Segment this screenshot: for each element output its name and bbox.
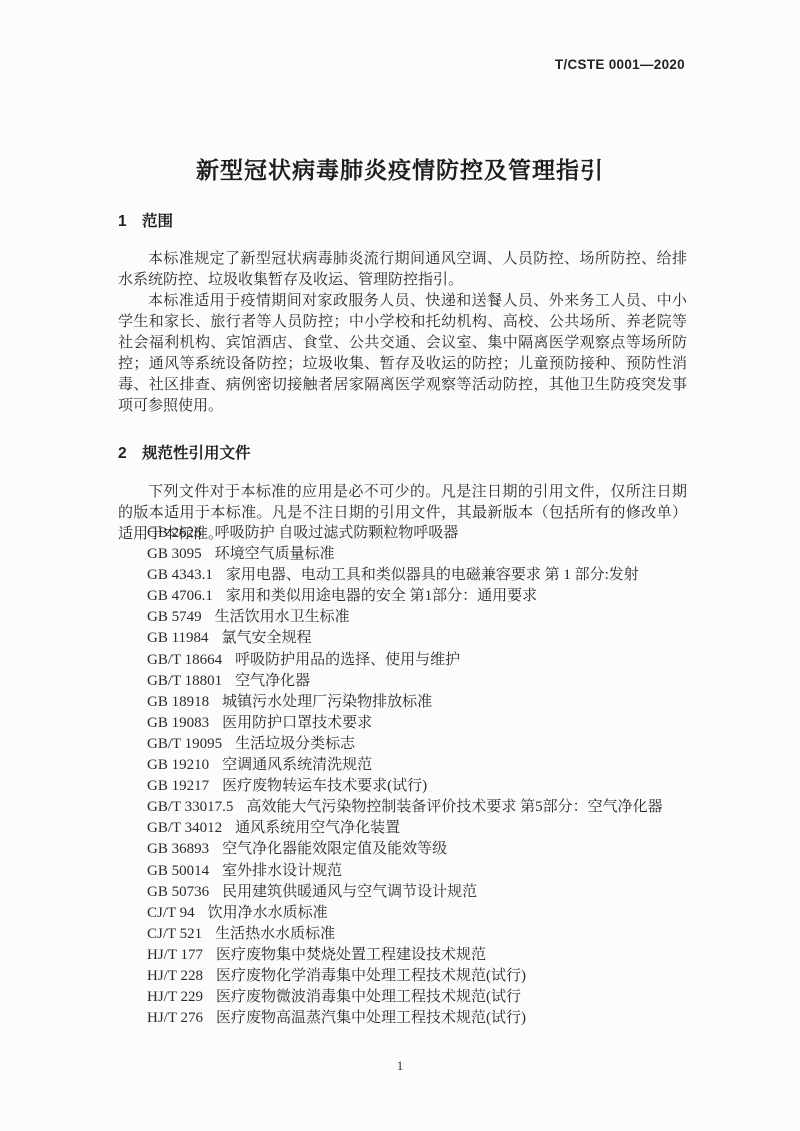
reference-code: HJ/T 228 bbox=[147, 966, 203, 987]
reference-code: GB 4706.1 bbox=[147, 586, 213, 607]
reference-item: GB 36893空气净化器能效限定值及能效等级 bbox=[147, 839, 692, 860]
reference-code: GB 2626 bbox=[147, 523, 202, 544]
reference-item: GB 50014室外排水设计规范 bbox=[147, 861, 692, 882]
reference-item: GB/T 18664呼吸防护用品的选择、使用与维护 bbox=[147, 650, 692, 671]
reference-code: GB 3095 bbox=[147, 544, 202, 565]
reference-title: 呼吸防护用品的选择、使用与维护 bbox=[235, 652, 460, 668]
reference-code: GB 5749 bbox=[147, 607, 202, 628]
scope-paragraph-2: 本标准适用于疫情期间对家政服务人员、快递和送餐人员、外来务工人员、中小学生和家长… bbox=[118, 291, 687, 417]
document-page: T/CSTE 0001—2020 新型冠状病毒肺炎疫情防控及管理指引 1范围 本… bbox=[0, 0, 800, 1131]
reference-title: 空气净化器 bbox=[235, 673, 310, 689]
reference-item: GB/T 33017.5高效能大气污染物控制装备评价技术要求 第5部分：空气净化… bbox=[147, 797, 692, 818]
reference-code: HJ/T 229 bbox=[147, 987, 203, 1008]
reference-code: GB 36893 bbox=[147, 839, 209, 860]
page-number: 1 bbox=[0, 1058, 800, 1074]
reference-code: GB 4343.1 bbox=[147, 565, 213, 586]
reference-item: GB 19083医用防护口罩技术要求 bbox=[147, 713, 692, 734]
reference-code: GB 50014 bbox=[147, 861, 209, 882]
reference-code: CJ/T 521 bbox=[147, 924, 202, 945]
reference-title: 生活饮用水卫生标准 bbox=[215, 609, 350, 625]
reference-item: GB 19210空调通风系统清洗规范 bbox=[147, 755, 692, 776]
reference-title: 医疗废物高温蒸汽集中处理工程技术规范(试行) bbox=[216, 1010, 526, 1026]
reference-item: HJ/T 229医疗废物微波消毒集中处理工程技术规范(试行 bbox=[147, 987, 692, 1008]
section-1-title: 范围 bbox=[142, 213, 173, 230]
reference-item: GB 11984氯气安全规程 bbox=[147, 628, 692, 649]
reference-title: 医疗废物微波消毒集中处理工程技术规范(试行 bbox=[216, 989, 521, 1005]
reference-title: 饮用净水水质标准 bbox=[208, 905, 328, 921]
reference-code: GB 19217 bbox=[147, 776, 209, 797]
standard-code-header: T/CSTE 0001—2020 bbox=[118, 57, 685, 72]
reference-item: HJ/T 228医疗废物化学消毒集中处理工程技术规范(试行) bbox=[147, 966, 692, 987]
reference-item: GB 4343.1家用电器、电动工具和类似器具的电磁兼容要求 第 1 部分:发射 bbox=[147, 565, 692, 586]
reference-code: GB/T 18801 bbox=[147, 671, 222, 692]
reference-code: GB/T 19095 bbox=[147, 734, 222, 755]
reference-title: 医疗废物转运车技术要求(试行) bbox=[222, 778, 427, 794]
reference-code: GB 19083 bbox=[147, 713, 209, 734]
reference-code: GB 19210 bbox=[147, 755, 209, 776]
reference-item: GB 4706.1家用和类似用途电器的安全 第1部分：通用要求 bbox=[147, 586, 692, 607]
reference-title: 室外排水设计规范 bbox=[222, 863, 342, 879]
reference-title: 家用和类似用途电器的安全 第1部分：通用要求 bbox=[226, 588, 537, 604]
reference-title: 环境空气质量标准 bbox=[215, 546, 335, 562]
reference-title: 家用电器、电动工具和类似器具的电磁兼容要求 第 1 部分:发射 bbox=[226, 567, 639, 583]
reference-title: 氯气安全规程 bbox=[222, 630, 312, 646]
scope-paragraphs: 本标准规定了新型冠状病毒肺炎流行期间通风空调、人员防控、场所防控、给排水系统防控… bbox=[118, 249, 687, 417]
section-1-number: 1 bbox=[118, 213, 142, 231]
reference-code: HJ/T 177 bbox=[147, 945, 203, 966]
section-1-heading: 1范围 bbox=[118, 209, 173, 231]
reference-title: 通风系统用空气净化装置 bbox=[235, 820, 400, 836]
reference-title: 空调通风系统清洗规范 bbox=[222, 757, 372, 773]
reference-code: GB/T 33017.5 bbox=[147, 797, 233, 818]
reference-code: GB 18918 bbox=[147, 692, 209, 713]
reference-item: CJ/T 521生活热水水质标准 bbox=[147, 924, 692, 945]
reference-item: GB 2626呼吸防护 自吸过滤式防颗粒物呼吸器 bbox=[147, 523, 692, 544]
reference-item: GB/T 34012通风系统用空气净化装置 bbox=[147, 818, 692, 839]
section-2-number: 2 bbox=[118, 445, 142, 463]
reference-code: GB/T 34012 bbox=[147, 818, 222, 839]
reference-code: HJ/T 276 bbox=[147, 1008, 203, 1029]
reference-item: GB 19217医疗废物转运车技术要求(试行) bbox=[147, 776, 692, 797]
reference-code: GB 50736 bbox=[147, 882, 209, 903]
reference-item: GB 18918城镇污水处理厂污染物排放标准 bbox=[147, 692, 692, 713]
reference-item: HJ/T 177医疗废物集中焚烧处置工程建设技术规范 bbox=[147, 945, 692, 966]
reference-title: 医疗废物集中焚烧处置工程建设技术规范 bbox=[216, 947, 486, 963]
reference-title: 空气净化器能效限定值及能效等级 bbox=[222, 841, 447, 857]
reference-title: 医疗废物化学消毒集中处理工程技术规范(试行) bbox=[216, 968, 526, 984]
reference-title: 城镇污水处理厂污染物排放标准 bbox=[222, 694, 432, 710]
reference-title: 医用防护口罩技术要求 bbox=[222, 715, 372, 731]
reference-title: 生活垃圾分类标志 bbox=[235, 736, 355, 752]
section-2-title: 规范性引用文件 bbox=[142, 445, 251, 462]
reference-item: GB 3095环境空气质量标准 bbox=[147, 544, 692, 565]
reference-title: 呼吸防护 自吸过滤式防颗粒物呼吸器 bbox=[215, 525, 459, 541]
reference-item: GB/T 18801空气净化器 bbox=[147, 671, 692, 692]
reference-title: 民用建筑供暖通风与空气调节设计规范 bbox=[222, 884, 477, 900]
reference-item: GB/T 19095生活垃圾分类标志 bbox=[147, 734, 692, 755]
reference-item: HJ/T 276医疗废物高温蒸汽集中处理工程技术规范(试行) bbox=[147, 1008, 692, 1029]
section-2-heading: 2规范性引用文件 bbox=[118, 441, 251, 463]
reference-code: GB 11984 bbox=[147, 628, 209, 649]
reference-item: GB 5749生活饮用水卫生标准 bbox=[147, 607, 692, 628]
reference-item: CJ/T 94饮用净水水质标准 bbox=[147, 903, 692, 924]
scope-paragraph-1: 本标准规定了新型冠状病毒肺炎流行期间通风空调、人员防控、场所防控、给排水系统防控… bbox=[118, 249, 687, 291]
reference-title: 生活热水水质标准 bbox=[215, 926, 335, 942]
references-list: GB 2626呼吸防护 自吸过滤式防颗粒物呼吸器 GB 3095环境空气质量标准… bbox=[147, 523, 692, 1029]
document-title: 新型冠状病毒肺炎疫情防控及管理指引 bbox=[0, 152, 800, 185]
reference-code: GB/T 18664 bbox=[147, 650, 222, 671]
reference-item: GB 50736民用建筑供暖通风与空气调节设计规范 bbox=[147, 882, 692, 903]
reference-title: 高效能大气污染物控制装备评价技术要求 第5部分：空气净化器 bbox=[246, 799, 662, 815]
reference-code: CJ/T 94 bbox=[147, 903, 195, 924]
